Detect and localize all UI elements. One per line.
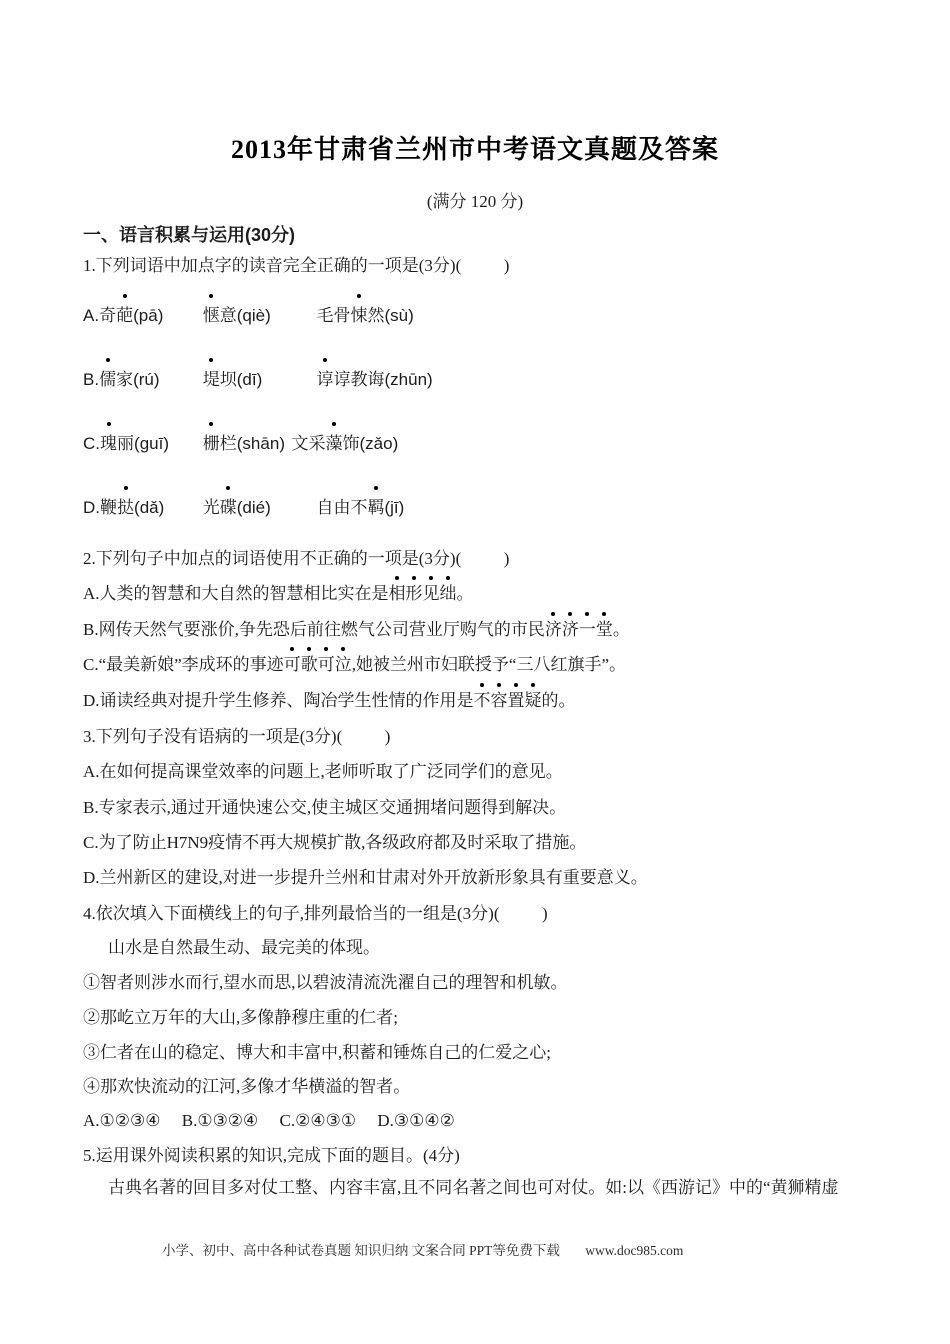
q4-item-1: ①智者则涉水而行,望水而思,以碧波清流洗濯自己的理智和机敏。 <box>83 973 867 993</box>
q1-d-word-3: 自由不羁(jī) <box>316 498 404 517</box>
q1-b-word-3: 谆谆教诲(zhūn) <box>316 370 432 389</box>
total-score-note: (满分 120 分) <box>83 192 867 212</box>
exam-title: 2013年甘肃省兰州市中考语文真题及答案 <box>83 134 867 166</box>
footer-site-url[interactable]: www.doc985.com <box>585 1243 683 1258</box>
q5-paragraph: 古典名著的回目多对仗工整、内容丰富,且不同名著之间也可对仗。如:以《西游记》中的… <box>83 1178 867 1198</box>
section-1-heading: 一、语言积累与运用(30分) <box>83 225 867 245</box>
q1-c-word-3: 文采藻饰(zǎo) <box>291 434 398 453</box>
q1-b-word-2: 堤坝(dī) <box>203 370 312 390</box>
q1-option-c: C.瑰丽(guī) 栅栏(shān) 文采藻饰(zǎo) <box>83 434 867 454</box>
q1-a-word-1: A.奇葩(pā) <box>83 306 198 326</box>
q1-option-d: D.鞭挞(dǎ) 光碟(dié) 自由不羁(jī) <box>83 498 867 518</box>
q3-option-d: D.兰州新区的建设,对进一步提升兰州和甘肃对外开放新形象具有重要意义。 <box>83 868 867 888</box>
q1-option-a: A.奇葩(pā) 惬意(qiè) 毛骨悚然(sù) <box>83 306 867 326</box>
q2-option-d: D.诵读经典对提升学生修养、陶冶学生性情的作用是不容置疑的。 <box>83 691 867 711</box>
q4-choices: A.①②③④ B.①③②④ C.②④③① D.③①④② <box>83 1111 867 1131</box>
q1-c-word-1: C.瑰丽(guī) <box>83 434 198 454</box>
q3-option-b: B.专家表示,通过开通快速公交,使主城区交通拥堵问题得到解决。 <box>83 798 867 818</box>
q1-d-word-1: D.鞭挞(dǎ) <box>83 498 198 518</box>
q4-item-3: ③仁者在山的稳定、博大和丰富中,积蓄和锤炼自己的仁爱之心; <box>83 1043 867 1063</box>
q3-option-a: A.在如何提高课堂效率的问题上,老师听取了广泛同学们的意见。 <box>83 762 867 782</box>
q2-stem: 2.下列句子中加点的词语使用不正确的一项是(3分)( ) <box>83 549 867 569</box>
q1-option-b: B.儒家(rú) 堤坝(dī) 谆谆教诲(zhūn) <box>83 370 867 390</box>
footer-promo-text: 小学、初中、高中各种试卷真题 知识归纳 文案合同 PPT等免费下载 <box>162 1243 560 1258</box>
q1-a-word-2: 惬意(qiè) <box>203 306 312 326</box>
q2-option-b: B.网传天然气要涨价,争先恐后前往燃气公司营业厅购气的市民济济一堂。 <box>83 620 867 640</box>
q3-option-c: C.为了防止H7N9疫情不再大规模扩散,各级政府都及时采取了措施。 <box>83 833 867 853</box>
exam-document-page: 2013年甘肃省兰州市中考语文真题及答案 (满分 120 分) 一、语言积累与运… <box>0 0 950 1344</box>
q1-a-word-3: 毛骨悚然(sù) <box>316 306 413 325</box>
site-footer: 小学、初中、高中各种试卷真题 知识归纳 文案合同 PPT等免费下载 www.do… <box>162 1242 683 1259</box>
q1-c-word-2: 栅栏(shān) <box>203 434 287 454</box>
q1-stem: 1.下列词语中加点字的读音完全正确的一项是(3分)( ) <box>83 256 867 276</box>
q4-item-2: ②那屹立万年的大山,多像静穆庄重的仁者; <box>83 1008 867 1028</box>
q4-lead-sentence: 山水是自然最生动、最完美的体现。 <box>83 938 867 958</box>
q4-item-4: ④那欢快流动的江河,多像才华横溢的智者。 <box>83 1077 867 1097</box>
q1-d-word-2: 光碟(dié) <box>203 498 312 518</box>
q3-stem: 3.下列句子没有语病的一项是(3分)( ) <box>83 727 867 747</box>
q5-stem: 5.运用课外阅读积累的知识,完成下面的题目。(4分) <box>83 1146 867 1166</box>
q1-b-word-1: B.儒家(rú) <box>83 370 198 390</box>
q2-option-c: C.“最美新娘”李成环的事迹可歌可泣,她被兰州市妇联授予“三八红旗手”。 <box>83 655 867 675</box>
q4-stem: 4.依次填入下面横线上的句子,排列最恰当的一组是(3分)( ) <box>83 904 867 924</box>
q2-option-a: A.人类的智慧和大自然的智慧相比实在是相形见绌。 <box>83 584 867 604</box>
